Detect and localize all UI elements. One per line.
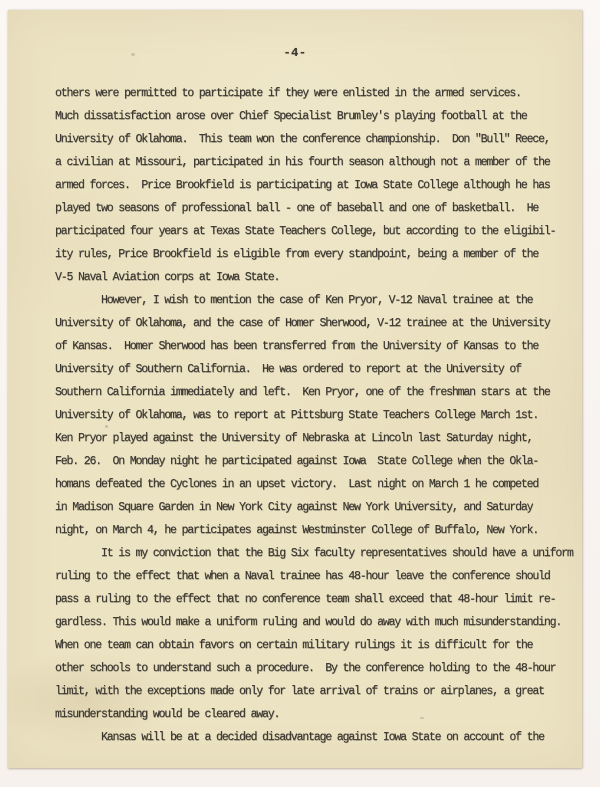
- text-line: When one team can obtain favors on certa…: [55, 634, 574, 657]
- text-line: Kansas will be at a decided disadvantage…: [55, 726, 574, 749]
- text-line: Much dissatisfaction arose over Chief Sp…: [55, 105, 574, 128]
- text-line: However, I wish to mention the case of K…: [55, 289, 574, 312]
- text-line: pass a ruling to the effect that no conf…: [55, 588, 574, 611]
- text-line: It is my conviction that the Big Six fac…: [55, 542, 574, 565]
- text-line: Southern California immediately and left…: [55, 381, 574, 404]
- text-line: night, on March 4, he participates again…: [55, 519, 574, 542]
- text-line: homans defeated the Cyclones in an upset…: [55, 473, 574, 496]
- paper-speck: [105, 425, 108, 428]
- paper-speck: [420, 717, 424, 719]
- text-line: other schools to understand such a proce…: [55, 657, 574, 680]
- text-line: in Madison Square Garden in New York Cit…: [55, 496, 574, 519]
- text-line: limit, with the exceptions made only for…: [55, 680, 574, 703]
- text-line: University of Oklahoma, was to report at…: [55, 404, 574, 427]
- paper-speck: [131, 53, 135, 56]
- text-line: ruling to the effect that when a Naval t…: [55, 565, 574, 588]
- text-line: Feb. 26. On Monday night he participated…: [55, 450, 574, 473]
- text-line: played two seasons of professional ball …: [55, 197, 574, 220]
- text-line: ity rules, Price Brookfield is eligible …: [55, 243, 574, 266]
- text-line: others were permitted to participate if …: [55, 82, 574, 105]
- text-line: misunderstanding would be cleared away.: [55, 703, 574, 726]
- text-line: University of Southern California. He wa…: [55, 358, 574, 381]
- scan-background: -4- others were permitted to participate…: [0, 0, 600, 787]
- text-line: Ken Pryor played against the University …: [55, 427, 574, 450]
- text-line: University of Oklahoma, and the case of …: [55, 312, 574, 335]
- text-line: University of Oklahoma. This team won th…: [55, 128, 574, 151]
- text-line: gardless. This would make a uniform ruli…: [55, 611, 574, 634]
- document-body: others were permitted to participate if …: [8, 82, 582, 749]
- text-line: participated four years at Texas State T…: [55, 220, 574, 243]
- text-line: of Kansas. Homer Sherwood has been trans…: [55, 335, 574, 358]
- page-number: -4-: [8, 46, 582, 60]
- text-line: a civilian at Missouri, participated in …: [55, 151, 574, 174]
- text-line: V-5 Naval Aviation corps at Iowa State.: [55, 266, 574, 289]
- document-page: -4- others were permitted to participate…: [8, 10, 582, 768]
- text-line: armed forces. Price Brookfield is partic…: [55, 174, 574, 197]
